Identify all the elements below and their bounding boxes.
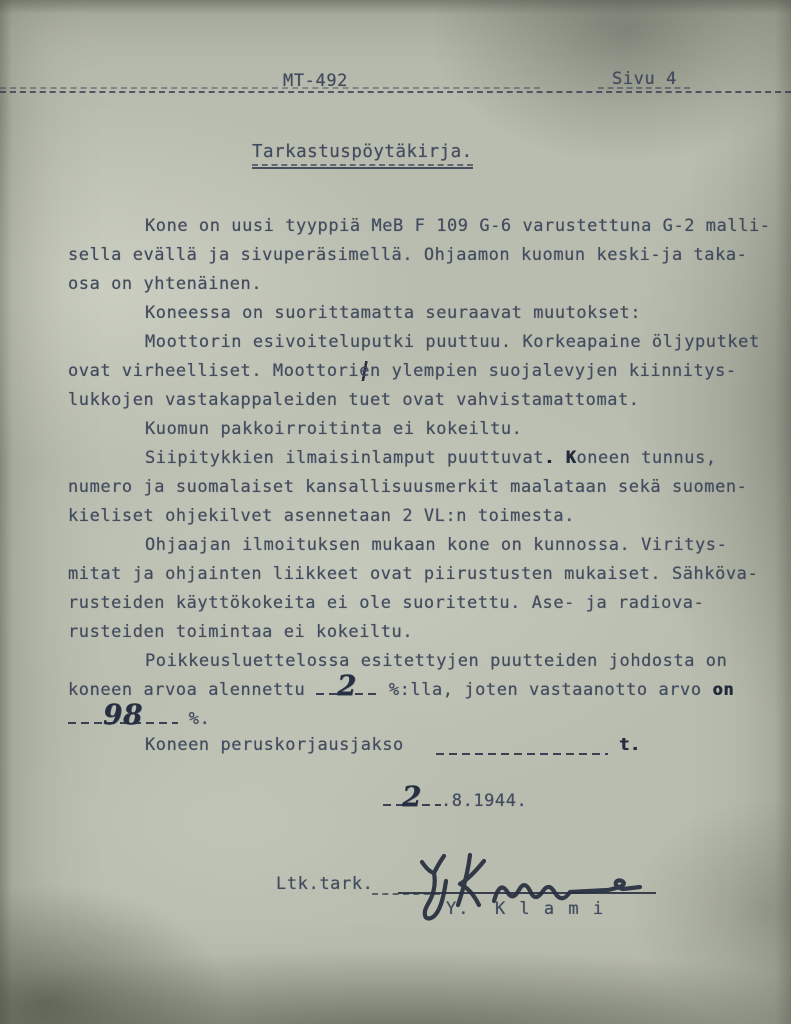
- text-line: Siipitykkien ilmaisinlamput puuttuvat. K…: [68, 444, 768, 473]
- text-run: osa on yhtenäinen.: [68, 274, 262, 294]
- text-run: .8.1944.: [441, 791, 527, 811]
- signature-label: Ltk.tark.: [276, 874, 374, 894]
- text-run: %.: [178, 709, 210, 729]
- text-run: %:lla, joten vastaanotto arvo: [378, 680, 712, 700]
- text-run: t.: [619, 735, 641, 755]
- text-run: .: [544, 448, 555, 468]
- text-run: ovat virheelliset. Moottori: [68, 361, 359, 381]
- text-line: sella evällä ja sivuperäsimellä. Ohjaamo…: [68, 241, 768, 270]
- handwritten-percent-deduction: 2: [316, 677, 378, 695]
- text-run: n ylempien suojalevyjen kiinnitys-: [370, 361, 737, 381]
- text-line: ovat virheelliset. Moottorien ylempien s…: [68, 357, 768, 386]
- text-run: mitat ja ohjainten liikkeet ovat piirust…: [68, 564, 758, 584]
- text-line: numero ja suomalaiset kansallisuusmerkit…: [68, 473, 768, 502]
- text-line: rusteiden toimintaa ei kokeiltu.: [68, 618, 768, 647]
- text-run: sella evällä ja sivuperäsimellä. Ohjaamo…: [68, 245, 747, 265]
- text-line: kieliset ohjekilvet asennetaan 2 VL:n to…: [68, 502, 768, 531]
- text-line: Kuomun pakkoirroitinta ei kokeiltu.: [68, 415, 768, 444]
- text-line: Ohjaajan ilmoituksen mukaan kone on kunn…: [68, 531, 768, 560]
- text-run: oneen tunnus,: [576, 448, 716, 468]
- text-run: Koneen peruskorjausjakso: [145, 735, 404, 755]
- text-line: Moottorin esivoiteluputki puuttuu. Korke…: [68, 328, 768, 357]
- overhaul-period-line: Koneen peruskorjausjakso t.: [145, 735, 641, 755]
- header-rule: [0, 91, 791, 93]
- body-text: Kone on uusi tyyppiä MeB F 109 G-6 varus…: [68, 212, 768, 734]
- page-title: Tarkastuspöytäkirja.: [252, 142, 473, 169]
- text-run: Kone on uusi tyyppiä MeB F 109 G-6 varus…: [145, 216, 771, 236]
- header-rule-page: [598, 87, 690, 89]
- text-line: rusteiden käyttökokeita ei ole suoritett…: [68, 589, 768, 618]
- text-run: [404, 735, 436, 755]
- text-run: koneen arvoa alennettu: [68, 680, 316, 700]
- text-run: Kuomun pakkoirroitinta ei kokeiltu.: [145, 419, 522, 439]
- text-run: Siipitykkien ilmaisinlamput puuttuvat: [145, 448, 544, 468]
- text-run: rusteiden käyttökokeita ei ole suoritett…: [68, 593, 704, 613]
- typed-name: Y. K l a m i: [446, 899, 605, 919]
- text-line: osa on yhtenäinen.: [68, 270, 768, 299]
- text-line: Kone on uusi tyyppiä MeB F 109 G-6 varus…: [68, 212, 768, 241]
- text-run: [608, 735, 619, 755]
- text-line: 98 %.: [68, 705, 768, 734]
- header-rule-upper: [0, 87, 540, 89]
- text-run: kieliset ohjekilvet asennetaan 2 VL:n to…: [68, 506, 575, 526]
- text-line: koneen arvoa alennettu 2 %:lla, joten va…: [68, 676, 768, 705]
- signature-line: [398, 892, 656, 894]
- text-run: Ohjaajan ilmoituksen mukaan kone on kunn…: [145, 535, 727, 555]
- date-line: 2.8.1944.: [383, 788, 527, 811]
- text-run: [555, 448, 566, 468]
- text-run: on: [712, 680, 734, 700]
- page-number: Sivu 4: [612, 69, 677, 89]
- text-run: Poikkeusluettelossa esitettyjen puutteid…: [145, 651, 727, 671]
- text-run: K: [566, 448, 577, 468]
- handwritten-acceptance-value: 98: [68, 706, 178, 724]
- text-run: numero ja suomalaiset kansallisuusmerkit…: [68, 477, 747, 497]
- text-run: rusteiden toimintaa ei kokeiltu.: [68, 622, 413, 642]
- text-run: e: [359, 361, 370, 381]
- text-line: Poikkeusluettelossa esitettyjen puutteid…: [68, 647, 768, 676]
- text-run: Moottorin esivoiteluputki puuttuu. Korke…: [145, 332, 760, 352]
- text-line: lukkojen vastakappaleiden tuet ovat vahv…: [68, 386, 768, 415]
- text-line: Koneessa on suorittamatta seuraavat muut…: [68, 299, 768, 328]
- text-run: Koneessa on suorittamatta seuraavat muut…: [145, 303, 641, 323]
- text-run: lukkojen vastakappaleiden tuet ovat vahv…: [68, 390, 640, 410]
- document-page: MT-492 Sivu 4 Tarkastuspöytäkirja. Kone …: [0, 0, 791, 1024]
- overhaul-period-blank: [436, 735, 608, 755]
- handwritten-date-day: 2: [383, 788, 441, 806]
- text-line: mitat ja ohjainten liikkeet ovat piirust…: [68, 560, 768, 589]
